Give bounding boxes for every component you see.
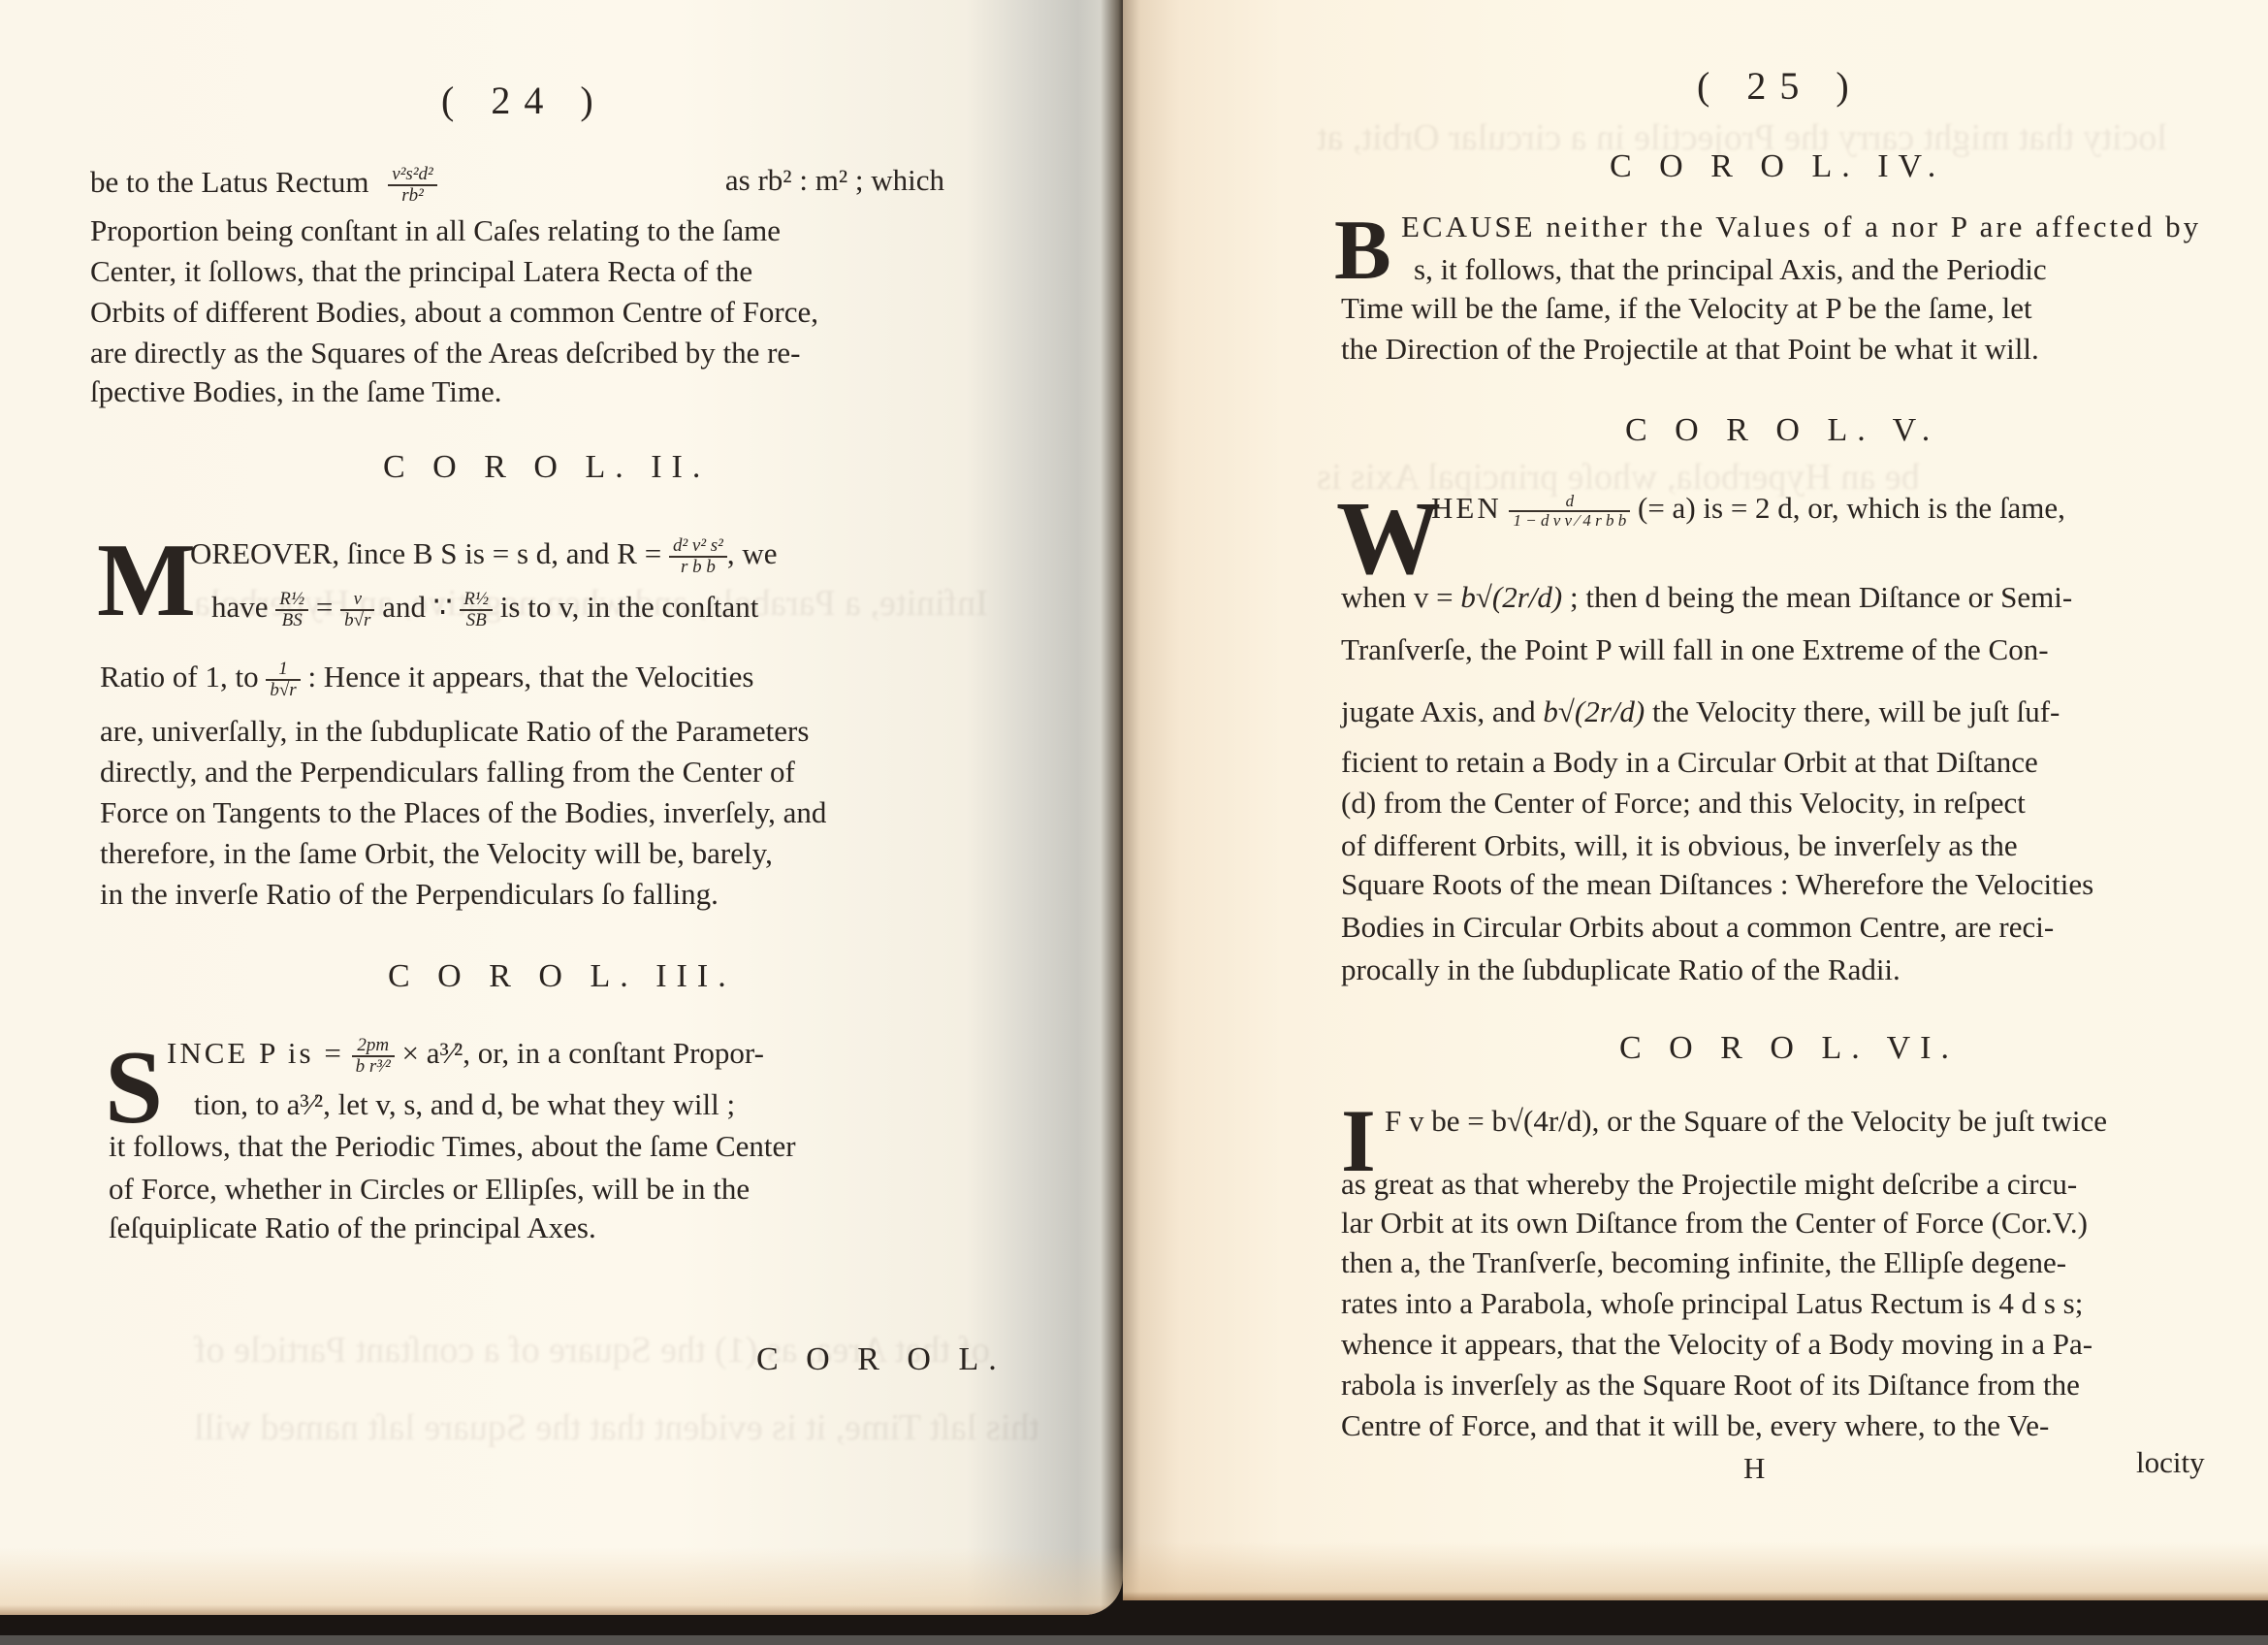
- text-line: are, univerſally, in the ſubduplicate Ra…: [100, 716, 809, 746]
- semi-transverse-fraction: d1 − d v v ⁄ 4 r b b: [1509, 493, 1630, 530]
- text-line: of Force, whether in Circles or Ellipſes…: [109, 1174, 750, 1204]
- text-line: Bodies in Circular Orbits about a common…: [1341, 912, 2054, 942]
- text-line: Time will be the ſame, if the Velocity a…: [1341, 293, 2032, 323]
- text-line: ECAUSE neither the Values of a nor P are…: [1401, 211, 2201, 242]
- text-line: s, it follows, that the principal Axis, …: [1414, 254, 2047, 284]
- page-number: ( 25 ): [1697, 63, 1863, 109]
- text-line: rates into a Parabola, whoſe principal L…: [1341, 1288, 2083, 1318]
- text-line: (d) from the Center of Force; and this V…: [1341, 788, 2026, 818]
- catchword: locity: [2136, 1445, 2205, 1480]
- signature-mark: H: [1743, 1451, 1765, 1486]
- text-line: it follows, that the Periodic Times, abo…: [109, 1131, 796, 1161]
- text-line: tion, to a³⁄², let v, s, and d, be what …: [194, 1089, 735, 1119]
- catchword: C O R O L.: [756, 1341, 1006, 1378]
- drop-cap: B: [1334, 209, 1391, 294]
- text-line: rabola is inverſely as the Square Root o…: [1341, 1370, 2080, 1400]
- text-line: Centre of Force, and that it will be, ev…: [1341, 1410, 2049, 1440]
- text-line: F v be = b√(4r/d), or the Square of the …: [1385, 1106, 2107, 1136]
- text-line: of different Orbits, will, it is obvious…: [1341, 830, 2018, 860]
- drop-cap: S: [105, 1036, 163, 1141]
- right-page: locity that might carry the Projectile i…: [1123, 0, 2268, 1600]
- left-page: Infinite, a Parabola, and when negative,…: [0, 0, 1123, 1615]
- text-line: procally in the ſubduplicate Ratio of th…: [1341, 954, 1901, 984]
- scanner-bed-edge: [0, 1635, 2268, 1645]
- section-heading: C O R O L. V.: [1625, 412, 1939, 449]
- text-line: Tranſverſe, the Point P will fall in one…: [1341, 634, 2049, 664]
- text-line: as rb² : m² ; which: [603, 165, 944, 195]
- text-line: when v = b√(2r/d) ; then d being the mea…: [1341, 582, 2072, 612]
- show-through-text: this laſt Time, it is evident that the S…: [194, 1406, 1039, 1449]
- text-line: ſpective Bodies, in the ſame Time.: [90, 376, 501, 406]
- fraction: R½SB: [460, 590, 493, 630]
- text-line: Square Roots of the mean Diſtances : Whe…: [1341, 869, 2093, 899]
- drop-cap: M: [97, 529, 196, 633]
- text-line: directly, and the Perpendiculars falling…: [100, 757, 795, 787]
- text-line: Orbits of different Bodies, about a comm…: [90, 297, 818, 327]
- drop-cap: W: [1336, 487, 1441, 592]
- section-heading: C O R O L. II.: [383, 449, 710, 486]
- text-line: the Direction of the Projectile at that …: [1341, 334, 2039, 364]
- text-line: ficient to retain a Body in a Circular O…: [1341, 747, 2038, 777]
- text-line: INCE P is = 2pmb r³⁄² × a³⁄², or, in a c…: [167, 1036, 764, 1077]
- text-line: OREOVER, ſince B S is = s d, and R = d² …: [190, 536, 778, 577]
- text-line: then a, the Tranſverſe, becoming infinit…: [1341, 1247, 2066, 1277]
- period-fraction: 2pmb r³⁄²: [352, 1036, 395, 1077]
- text-line: therefore, in the ſame Orbit, the Veloci…: [100, 838, 773, 868]
- text-line: are directly as the Squares of the Areas…: [90, 338, 801, 368]
- page-number: ( 24 ): [441, 78, 607, 123]
- text-line: Force on Tangents to the Places of the B…: [100, 797, 826, 827]
- fraction: vb√r: [340, 590, 374, 630]
- latus-rectum-fraction: v²s²d² rb²: [388, 165, 436, 206]
- text-line: jugate Axis, and b√(2r/d) the Velocity t…: [1341, 696, 2060, 726]
- section-heading: C O R O L. VI.: [1619, 1030, 1959, 1067]
- text-line: in the inverſe Ratio of the Perpendicula…: [100, 879, 719, 909]
- text-line: have R½BS = vb√r and ∵ R½SB is to v, in …: [211, 590, 758, 630]
- text-line: Ratio of 1, to 1b√r : Hence it appears, …: [100, 660, 753, 700]
- text-line: HEN d1 − d v v ⁄ 4 r b b (= a) is = 2 d,…: [1431, 493, 2065, 530]
- text-line: Proportion being conſtant in all Caſes r…: [90, 215, 781, 245]
- r-fraction: d² v² s² r b b: [669, 536, 727, 577]
- text-line: ſeſquiplicate Ratio of the principal Axe…: [109, 1212, 596, 1242]
- text-line: lar Orbit at its own Diſtance from the C…: [1341, 1208, 2088, 1238]
- text-line: as great as that whereby the Projectile …: [1341, 1169, 2077, 1199]
- text-line: whence it appears, that the Velocity of …: [1341, 1329, 2092, 1359]
- fraction: 1b√r: [266, 660, 300, 700]
- text-line: be to the Latus Rectum v²s²d² rb²: [90, 165, 449, 206]
- section-heading: C O R O L. IV.: [1610, 148, 1945, 185]
- fraction: R½BS: [275, 590, 308, 630]
- text-line: Center, it ſollows, that the principal L…: [90, 256, 752, 286]
- section-heading: C O R O L. III.: [388, 958, 736, 995]
